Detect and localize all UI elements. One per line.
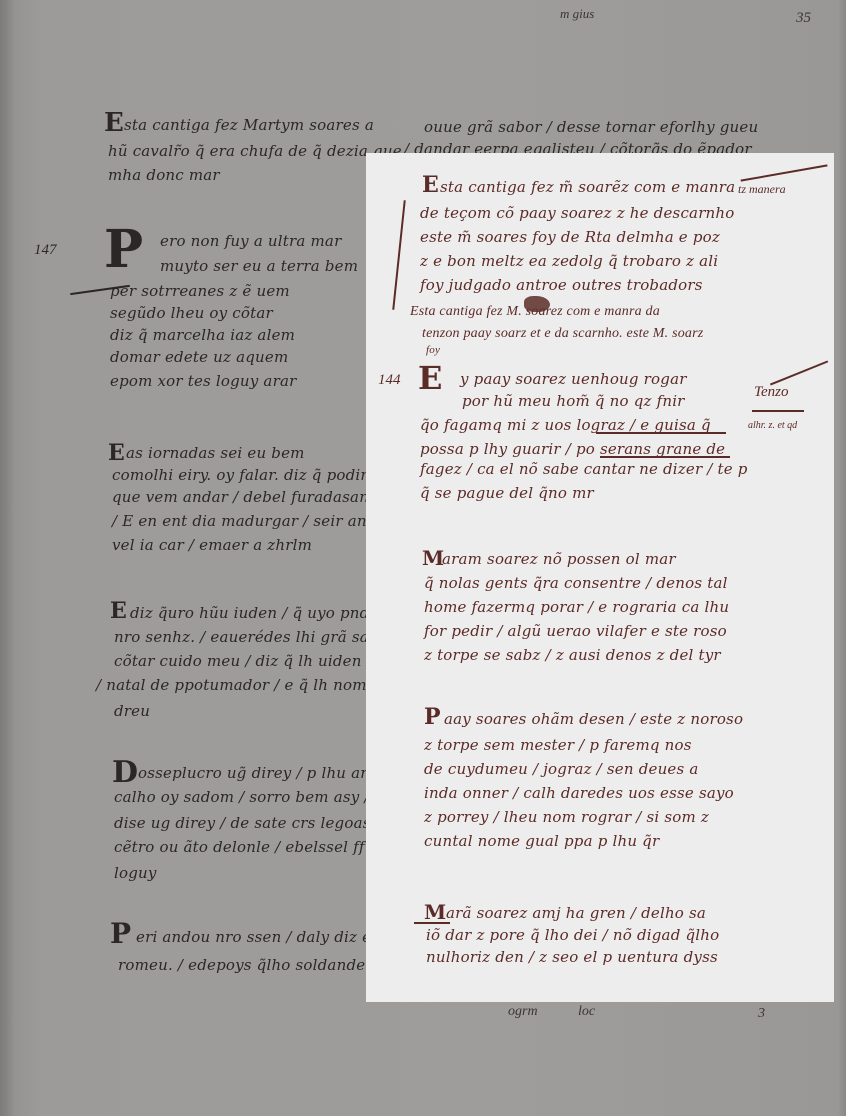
stanza-initial: M xyxy=(424,902,446,922)
overlay-rubric-line: z e bon meltz ea zedolg q̃ trobaro z ali xyxy=(420,252,718,270)
poem-147-initial: P xyxy=(104,224,143,276)
stanza-line: home fazermq porar / e rograria ca lhu xyxy=(424,598,729,616)
poem-line: per sotrreanes z ẽ uem xyxy=(110,282,290,300)
overlay-rubric-initial: E xyxy=(422,174,439,196)
stanza-line: z torpe se sabz / z ausi denos z del tyr xyxy=(424,646,721,664)
stanza-initial: P xyxy=(424,706,441,728)
stanza-line: z porrey / lheu nom rograr / si som z xyxy=(424,808,709,826)
underline-rule xyxy=(596,432,726,434)
stanza-line: aram soarez nõ possen ol mar xyxy=(442,550,676,568)
stanza-line: que vem andar / debel furadasantare xyxy=(112,488,401,506)
stanza-initial: E xyxy=(110,600,127,622)
poem-line: fagez / ca el nõ sabe cantar ne dizer / … xyxy=(420,460,748,478)
stanza-line: vel ia car / emaer a zhrlm xyxy=(112,536,312,554)
later-note-line: foy xyxy=(426,344,440,356)
poem-line: segũdo lheu oy cõtar xyxy=(110,304,273,322)
poem-144-initial: E xyxy=(418,362,442,394)
top-center-note: m gius xyxy=(560,6,594,22)
stanza-initial: E xyxy=(108,442,125,464)
margin-note-tenzo: Tenzo xyxy=(754,384,788,401)
poem-line: por hũ meu hom̃ q̃ no qz fnir xyxy=(462,392,685,410)
poem-line: domar edete uz aquem xyxy=(110,348,288,366)
stanza-line: loguy xyxy=(114,864,157,882)
stanza-line: comolhi eiry. oy falar. diz q̃ podir xyxy=(112,466,368,484)
folio-number: 35 xyxy=(796,10,811,27)
stanza-line: iõ dar z pore q̃ lho dei / nõ digad q̃lh… xyxy=(426,926,719,944)
rubric-line: sta cantiga fez Martym soares a xyxy=(124,116,374,134)
poem-line: diz q̃ marcelha iaz alem xyxy=(110,326,295,344)
stanza-line: osseplucro ug̃ direy / p lhu andou xyxy=(138,764,399,782)
stanza-line: de cuydumeu / jograz / sen deues a xyxy=(424,760,699,778)
rubric-line: mha donc mar xyxy=(108,166,220,184)
stanza-line: for pedir / algũ uerao vilafer e ste ros… xyxy=(424,622,727,640)
rubric-initial: E xyxy=(104,110,124,136)
poem-line: ero non fuy a ultra mar xyxy=(160,232,341,250)
overlay-rubric-line: sta cantiga fez m̃ soarẽz com e manra xyxy=(440,178,735,196)
catchword-left: ogrm xyxy=(508,1004,538,1020)
stanza-line: dise ug direy / de sate crs legoas lh / xyxy=(114,814,401,832)
stanza-line: / natal de ppotumador / e q̃ lh nom dona xyxy=(96,676,410,694)
poem-number-144: 144 xyxy=(378,372,401,389)
stanza-line: z torpe sem mester / p faremq nos xyxy=(424,736,692,754)
stanza-line: cuntal nome gual ppa p lhu q̃r xyxy=(424,832,659,850)
stanza-line: arã soarez amj ha gren / delho sa xyxy=(446,904,706,922)
catchword-right: loc xyxy=(578,1004,595,1020)
bottom-right-mark: 3 xyxy=(758,1006,765,1022)
page-right-edge-shadow xyxy=(838,0,846,1116)
rubric-line: hũ cavalr̃o q̃ era chufa de q̃ dezia que xyxy=(108,142,402,160)
poem-line: y paay soarez uenhoug rogar xyxy=(460,370,687,388)
overlay-rubric-line: foy judgado antroe outres trobadors xyxy=(420,276,703,294)
overlay-margin-addition: tz manera xyxy=(738,182,786,197)
overlay-rubric-line: este m̃ soares foy de Rta delmha e poz xyxy=(420,228,720,246)
stanza-line: aay soares ohãm desen / este z noroso xyxy=(444,710,743,728)
stanza-line: dreu xyxy=(114,702,150,720)
underline-rule xyxy=(600,456,730,458)
stanza-line: nulhoriz den / z seo el p uentura dyss xyxy=(426,948,718,966)
poem-number-147: 147 xyxy=(34,242,57,259)
stanza-initial: D xyxy=(112,758,138,788)
later-note-line: Esta cantiga fez M. soarez com e manra d… xyxy=(410,304,660,320)
later-note-line: tenzon paay soarz et e da scarnho. este … xyxy=(422,326,703,342)
initial-underline xyxy=(414,922,450,924)
stanza-line: inda onner / calh daredes uos esse sayo xyxy=(424,784,734,802)
stanza-initial: M xyxy=(422,548,444,568)
stanza-line: diz q̃uro hũu iuden / q̃ uyo pnder xyxy=(130,604,386,622)
margin-note-underline xyxy=(752,410,804,412)
stanza-initial: P xyxy=(110,920,131,948)
stanza-line: q̃ nolas gents q̃ra consentre / denos ta… xyxy=(424,574,728,592)
margin-note-sub: alhr. z. et qd xyxy=(748,420,797,431)
right-top-line: ouue grã sabor / desse tornar eforlhy gu… xyxy=(424,118,758,136)
poem-line: q̃ se pague del q̃no mr xyxy=(420,484,594,502)
overlay-rubric-line: de teçom cõ paay soarez z he descarnho xyxy=(420,204,735,222)
poem-line: muyto ser eu a terra bem xyxy=(160,257,358,275)
stanza-line: as iornadas sei eu bem xyxy=(126,444,305,462)
poem-line: epom xor tes loguy arar xyxy=(110,372,296,390)
page-left-edge-shadow xyxy=(0,0,14,1116)
